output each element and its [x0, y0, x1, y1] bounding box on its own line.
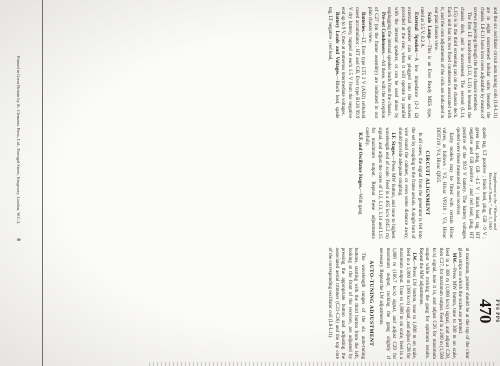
paragraph: External Speaker.—A low impedance (2-3 Ω…	[385, 7, 418, 118]
paragraph-lead: External Speaker.	[413, 12, 418, 53]
paragraph-lead: Scale Lamp.	[426, 12, 431, 40]
paragraph-lead: Pre-set Condensers.	[380, 12, 385, 55]
paragraph: Battery Leads and Voltages.—Black lead, …	[326, 7, 339, 118]
paragraph: Pre-set Condensers.—All these, with the …	[365, 7, 385, 118]
paragraph: Early models may be fitted with certain …	[433, 127, 453, 238]
paragraph: In all cases, the signal from the genera…	[395, 127, 421, 238]
paragraph-lead: I.F. Stages.	[390, 132, 395, 156]
paragraph: LW.—Press LW button, tune to 1,000 m on …	[377, 248, 417, 359]
column-2: spade tag, LT positive ; black lead, plu…	[326, 127, 500, 238]
section-heading: CIRCUIT ALIGNMENT	[424, 127, 431, 238]
imprint-row: Printed in Great Britain by St. Clements…	[15, 56, 21, 348]
paragraph: The first I.F. transformer (L12, L13) is…	[431, 7, 471, 118]
scanned-service-sheet: Supplement to the “Wireless and Electric…	[0, 0, 500, 366]
paragraph: spade tag, LT positive ; black lead, plu…	[453, 127, 486, 238]
paragraph-lead: LW.	[411, 253, 416, 262]
paragraph: The wavelength ranges of the six auto-tu…	[326, 248, 366, 359]
paragraph: MW.—Press MW button, tune to 300 m on sc…	[416, 248, 456, 359]
paragraph-lead: Batteries.	[360, 12, 365, 32]
printer-imprint: Printed in Great Britain by St. Clements…	[16, 56, 21, 224]
paragraph: at maximum, pointer should be at the top…	[456, 248, 469, 359]
paragraph: Batteries.—LT, Ever type LT5 2 V (AD2) c…	[339, 7, 365, 118]
paragraph-lead: MW.	[451, 253, 456, 264]
paragraph: I.F. Stages.—Press MW button, and tune t…	[362, 127, 395, 238]
footer-rule	[42, 0, 43, 366]
column-1: and the six oscillator circuit auto tuni…	[326, 7, 500, 118]
paragraph-lead: Battery Leads and Voltages.	[334, 12, 339, 76]
paragraph-lead: R.F. and Oscillator Stages.	[357, 132, 362, 188]
text-columns: and the six oscillator circuit auto tuni…	[326, 7, 500, 359]
column-3: at maximum, pointer should be at the top…	[326, 248, 500, 359]
page-number: 8	[15, 238, 20, 240]
service-sheet-page: Supplement to the “Wireless and Electric…	[0, 0, 500, 366]
scan-artifacts	[148, 362, 494, 366]
paragraph: R.F. and Oscillator Stages.—With gang	[356, 127, 363, 238]
paragraph: Scale Lamp.—This is an Ever Ready MES ty…	[418, 7, 431, 118]
paragraph: and the six oscillator circuit auto tuni…	[471, 7, 497, 118]
section-heading: AUTO-TUNING ADJUSTMENT	[367, 248, 374, 359]
